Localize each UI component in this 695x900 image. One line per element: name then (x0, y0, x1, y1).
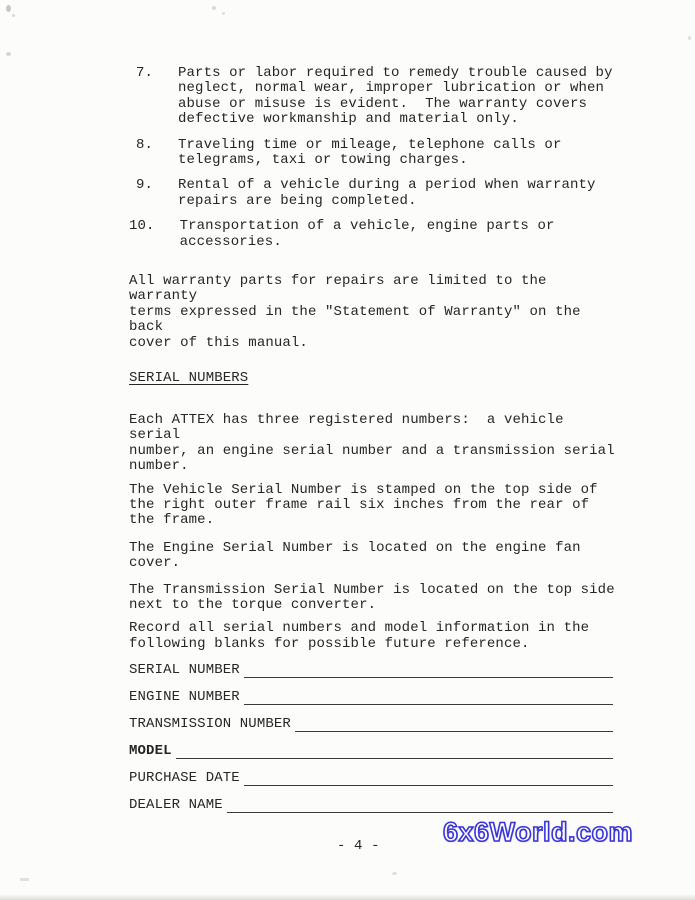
list-item: 7. Parts or labor required to remedy tro… (129, 66, 621, 128)
form-label: ENGINE NUMBER (129, 690, 240, 705)
scan-speck (222, 12, 225, 15)
scan-speck (688, 36, 691, 40)
fill-in-blank-line (244, 783, 613, 786)
form-label: MODEL (129, 744, 172, 759)
section-heading-serial-numbers: SERIAL NUMBERS (129, 371, 248, 386)
scan-speck (20, 878, 29, 881)
scanned-manual-page: 7. Parts or labor required to remedy tro… (0, 0, 695, 900)
scan-speck (6, 5, 11, 12)
form-label: TRANSMISSION NUMBER (129, 717, 291, 732)
warranty-note-paragraph: All warranty parts for repairs are limit… (129, 274, 621, 351)
list-item-number: 8. (129, 138, 153, 169)
list-item-number: 9. (129, 178, 153, 209)
form-row-engine-number: ENGINE NUMBER (129, 678, 613, 705)
paragraph: Each ATTEX has three registered numbers:… (129, 413, 621, 475)
form-label: PURCHASE DATE (129, 771, 240, 786)
list-item-number: 10. (129, 219, 155, 250)
form-label: SERIAL NUMBER (129, 663, 240, 678)
fill-in-blank-line (295, 729, 613, 732)
scan-speck (392, 872, 397, 875)
paragraph: The Vehicle Serial Number is stamped on … (129, 483, 621, 529)
fill-in-blank-line (176, 756, 613, 759)
form-row-dealer-name: DEALER NAME (129, 786, 613, 813)
record-form: SERIAL NUMBER ENGINE NUMBER TRANSMISSION… (129, 651, 613, 813)
paragraph: The Engine Serial Number is located on t… (129, 541, 621, 572)
list-item-text: Parts or labor required to remedy troubl… (178, 66, 613, 128)
list-item: 8. Traveling time or mileage, telephone … (129, 138, 621, 169)
list-item-number: 7. (129, 66, 153, 128)
watermark-6x6world: 6x6World.com (443, 825, 633, 840)
list-item: 9. Rental of a vehicle during a period w… (129, 178, 621, 209)
serial-numbers-paragraphs: Each ATTEX has three registered numbers:… (129, 413, 621, 652)
list-item-text: Traveling time or mileage, telephone cal… (178, 138, 561, 169)
form-row-serial-number: SERIAL NUMBER (129, 651, 613, 678)
warranty-exclusions-list: 7. Parts or labor required to remedy tro… (129, 66, 621, 351)
scan-speck (212, 6, 216, 10)
scan-speck (12, 14, 15, 17)
list-item-text: Rental of a vehicle during a period when… (178, 178, 596, 209)
page-number: - 4 - (337, 839, 380, 854)
fill-in-blank-line (227, 810, 613, 813)
list-item: 10. Transportation of a vehicle, engine … (129, 219, 621, 250)
form-row-model: MODEL (129, 732, 613, 759)
paragraph: The Transmission Serial Number is locate… (129, 583, 621, 614)
scan-edge-shadow (0, 894, 695, 900)
paragraph: Record all serial numbers and model info… (129, 621, 621, 652)
form-label: DEALER NAME (129, 798, 223, 813)
scan-speck (404, 504, 408, 506)
fill-in-blank-line (244, 675, 613, 678)
fill-in-blank-line (244, 702, 613, 705)
list-item-text: Transportation of a vehicle, engine part… (180, 219, 555, 250)
scan-speck (6, 52, 11, 56)
form-row-purchase-date: PURCHASE DATE (129, 759, 613, 786)
form-row-transmission-number: TRANSMISSION NUMBER (129, 705, 613, 732)
